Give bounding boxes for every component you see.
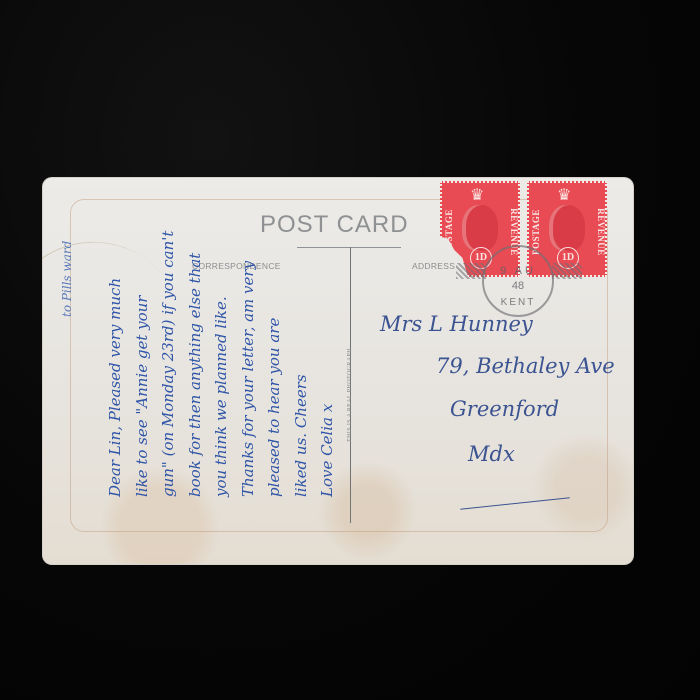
message-line: Dear Lin, Pleased very much xyxy=(102,177,129,497)
message-line: you think we planned like. xyxy=(208,177,235,497)
message-line: book for then anything else that xyxy=(182,177,209,497)
postmark-town: KENT xyxy=(484,297,552,308)
postmark-date: 9 AU xyxy=(484,265,552,277)
message-line: like to see "Annie get your xyxy=(129,177,156,497)
postcard: POST CARD CORRESPONDENCE ADDRESS THIS IS… xyxy=(42,177,634,565)
postmark-year: 48 xyxy=(484,280,552,292)
postmark-bar-right xyxy=(552,263,582,279)
handwritten-message: Dear Lin, Pleased very much like to see … xyxy=(102,177,341,497)
message-line: Love Celia x xyxy=(314,177,341,497)
crown-icon: ♛ xyxy=(470,185,484,204)
message-line: gun" (on Monday 23rd) if you can't xyxy=(155,177,182,497)
margin-note: to Pills ward xyxy=(60,241,74,317)
address-line: 79, Bethaley Ave xyxy=(436,354,615,378)
address-line: Mdx xyxy=(468,442,515,466)
king-portrait-icon xyxy=(462,205,498,251)
message-line: pleased to hear you are xyxy=(261,177,288,497)
address-line: Greenford xyxy=(450,397,559,421)
postmark: 9 AU 48 KENT xyxy=(482,245,554,317)
address-label: ADDRESS xyxy=(412,261,455,271)
crown-icon: ♛ xyxy=(557,185,571,204)
message-line: Thanks for your letter, am very xyxy=(235,177,262,497)
stamp-revenue-text: REVENUE xyxy=(596,208,606,256)
real-photograph-note: THIS IS A REAL PHOTOGRAPH xyxy=(347,348,353,442)
address-line: Mrs L Hunney xyxy=(380,312,533,336)
message-line: liked us. Cheers xyxy=(288,177,315,497)
king-portrait-icon xyxy=(549,205,585,251)
